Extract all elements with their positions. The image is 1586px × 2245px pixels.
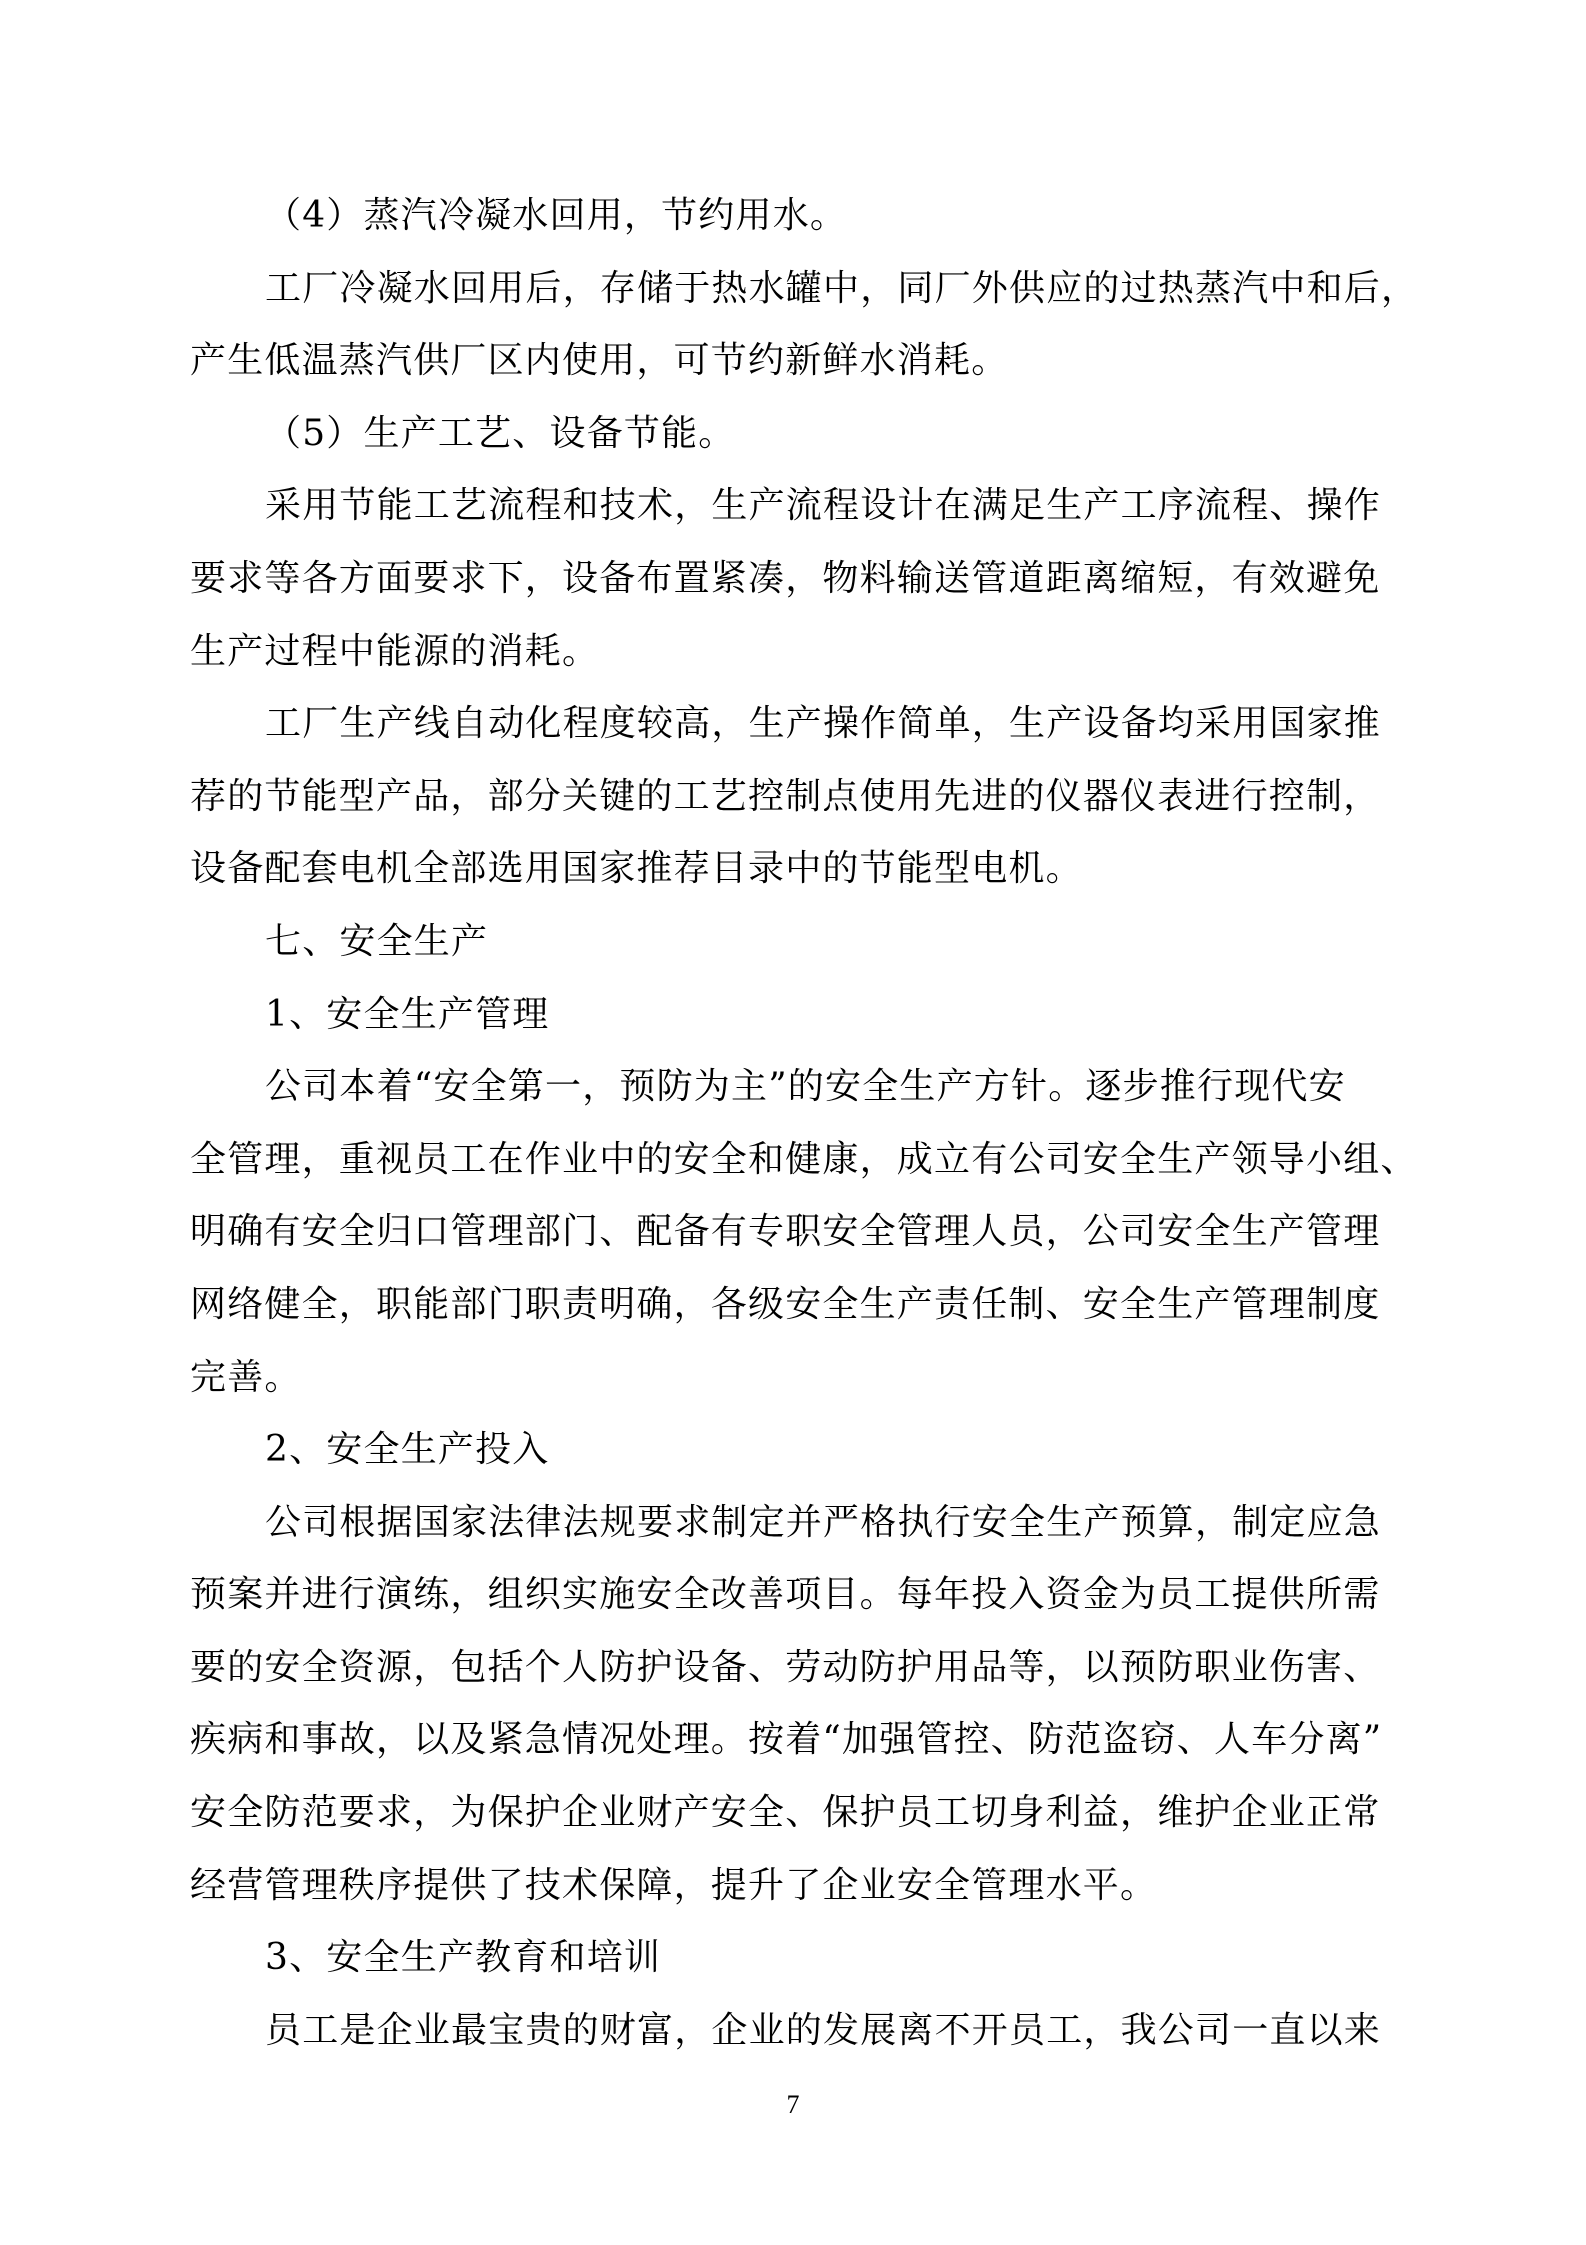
paragraph-line: 网络健全，职能部门职责明确，各级安全生产责任制、安全生产管理制度 bbox=[190, 1277, 1400, 1350]
paragraph-line: 要求等各方面要求下，设备布置紧凑，物料输送管道距离缩短，有效避免 bbox=[190, 551, 1400, 624]
subheading-safety-management: 1、安全生产管理 bbox=[190, 987, 1400, 1060]
paragraph-line: 荐的节能型产品，部分关键的工艺控制点使用先进的仪器仪表进行控制， bbox=[190, 769, 1400, 842]
paragraph-line: 疾病和事故，以及紧急情况处理。按着“加强管控、防范盗窃、人车分离” bbox=[190, 1712, 1400, 1785]
paragraph-line: 工厂冷凝水回用后，存储于热水罐中，同厂外供应的过热蒸汽中和后， bbox=[190, 261, 1400, 334]
paragraph-line: 要的安全资源，包括个人防护设备、劳动防护用品等，以预防职业伤害、 bbox=[190, 1640, 1400, 1713]
document-body: （4）蒸汽冷凝水回用，节约用水。 工厂冷凝水回用后，存储于热水罐中，同厂外供应的… bbox=[190, 188, 1400, 2075]
paragraph-line: 全管理，重视员工在作业中的安全和健康，成立有公司安全生产领导小组、 bbox=[190, 1132, 1400, 1205]
subheading-steam-condensate: （4）蒸汽冷凝水回用，节约用水。 bbox=[190, 188, 1400, 261]
paragraph-line: 经营管理秩序提供了技术保障，提升了企业安全管理水平。 bbox=[190, 1858, 1400, 1931]
paragraph-line: 公司根据国家法律法规要求制定并严格执行安全生产预算，制定应急 bbox=[190, 1495, 1400, 1568]
paragraph-line: 完善。 bbox=[190, 1350, 1400, 1423]
paragraph-line: 生产过程中能源的消耗。 bbox=[190, 624, 1400, 697]
subheading-safety-training: 3、安全生产教育和培训 bbox=[190, 1930, 1400, 2003]
subheading-process-equipment: （5）生产工艺、设备节能。 bbox=[190, 406, 1400, 479]
paragraph-line: 安全防范要求，为保护企业财产安全、保护员工切身利益，维护企业正常 bbox=[190, 1785, 1400, 1858]
paragraph-line: 明确有安全归口管理部门、配备有专职安全管理人员，公司安全生产管理 bbox=[190, 1204, 1400, 1277]
subheading-safety-investment: 2、安全生产投入 bbox=[190, 1422, 1400, 1495]
paragraph-line: 工厂生产线自动化程度较高，生产操作简单，生产设备均采用国家推 bbox=[190, 696, 1400, 769]
paragraph-line: 员工是企业最宝贵的财富，企业的发展离不开员工，我公司一直以来 bbox=[190, 2003, 1400, 2076]
paragraph-line: 采用节能工艺流程和技术，生产流程设计在满足生产工序流程、操作 bbox=[190, 478, 1400, 551]
paragraph-line: 预案并进行演练，组织实施安全改善项目。每年投入资金为员工提供所需 bbox=[190, 1567, 1400, 1640]
paragraph-line: 公司本着“安全第一，预防为主”的安全生产方针。逐步推行现代安 bbox=[190, 1059, 1400, 1132]
paragraph-line: 产生低温蒸汽供厂区内使用，可节约新鲜水消耗。 bbox=[190, 333, 1400, 406]
page-number: 7 bbox=[0, 2090, 1586, 2120]
document-page: （4）蒸汽冷凝水回用，节约用水。 工厂冷凝水回用后，存储于热水罐中，同厂外供应的… bbox=[0, 0, 1586, 2245]
section-heading-safety: 七、安全生产 bbox=[190, 914, 1400, 987]
paragraph-line: 设备配套电机全部选用国家推荐目录中的节能型电机。 bbox=[190, 841, 1400, 914]
